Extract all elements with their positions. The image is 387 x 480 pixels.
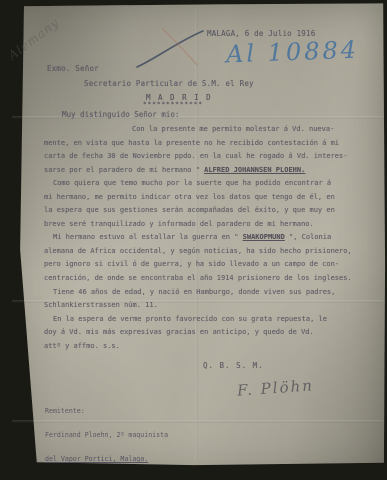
recipient-honorific: Exmo. Señor [47,64,99,73]
file-number-annotation: Al 10884 [226,36,360,69]
letter-line: doy á Vd. mis más expresivas gracias en … [44,326,350,340]
letter-line: sarse por el paradero de mi hermano " AL… [44,164,350,178]
line-text: Mi hermano estuvo al estallar la guerra … [53,233,243,241]
letter-body: Con la presente me permito molestar á Vd… [44,123,350,353]
letter-line: pero ignoro si civil ó de guerra, y ha s… [44,258,350,272]
letter-line: Mi hermano estuvo al estallar la guerra … [44,231,350,245]
sender-address: del Vapor Portici, Malaga. [45,455,168,463]
line-text: sarse por el paradero de mi hermano " [44,166,204,174]
letter-line: attº y affmo. s.s. [44,340,350,354]
letter-line: carta de fecha 30 de Noviembre ppdo. en … [44,150,350,164]
letter-line: Como quiera que temo mucho por la suerte… [44,177,350,191]
letter-line: Con la presente me permito molestar á Vd… [44,123,350,137]
letter-line: mi hermano, me permito indicar otra vez … [44,191,350,205]
letter-line: En la espera de verme pronto favorecido … [44,313,350,327]
letter-line: breve seré tranquilizado y informado del… [44,218,350,232]
sender-name: Ferdinand Ploehn, 2º maquinista [45,431,168,439]
cross-mark-icon [133,27,211,75]
place-name-highlight: SWAKOPMUND [243,233,285,241]
letter-photograph: Alemany MALAGA, 6 de Julio 1916 Al 10884… [0,0,387,480]
letter-line: centración, de onde se encontraba el año… [44,272,350,286]
letter-line: mente, en vista que hasta la presente no… [44,137,350,151]
letter-line: la espera que sus gestiones serán acompa… [44,204,350,218]
closing-formula: Q. B. S. M. [203,361,264,370]
sender-label: Remitente: [45,407,168,415]
sender-block: Remitente: Ferdinand Ploehn, 2º maquinis… [45,391,168,479]
letter-line: Schlankierstrassen núm. 11. [44,299,350,313]
brother-name-highlight: ALFRED JOHANNSEN PLOEHN. [204,166,305,174]
recipient-title: Secretario Particular de S.M. el Rey [84,79,254,88]
letter-line: alemana de Africa occidental, y según no… [44,245,350,259]
date-line: MALAGA, 6 de Julio 1916 [207,29,315,38]
letter-line: Tiene 46 años de edad, y nació en Hambur… [44,286,350,300]
salutation: Muy distinguido Señor mio: [62,110,179,119]
line-text: ", Colonia [285,233,331,241]
recipient-city-underline: ************* [143,101,203,108]
